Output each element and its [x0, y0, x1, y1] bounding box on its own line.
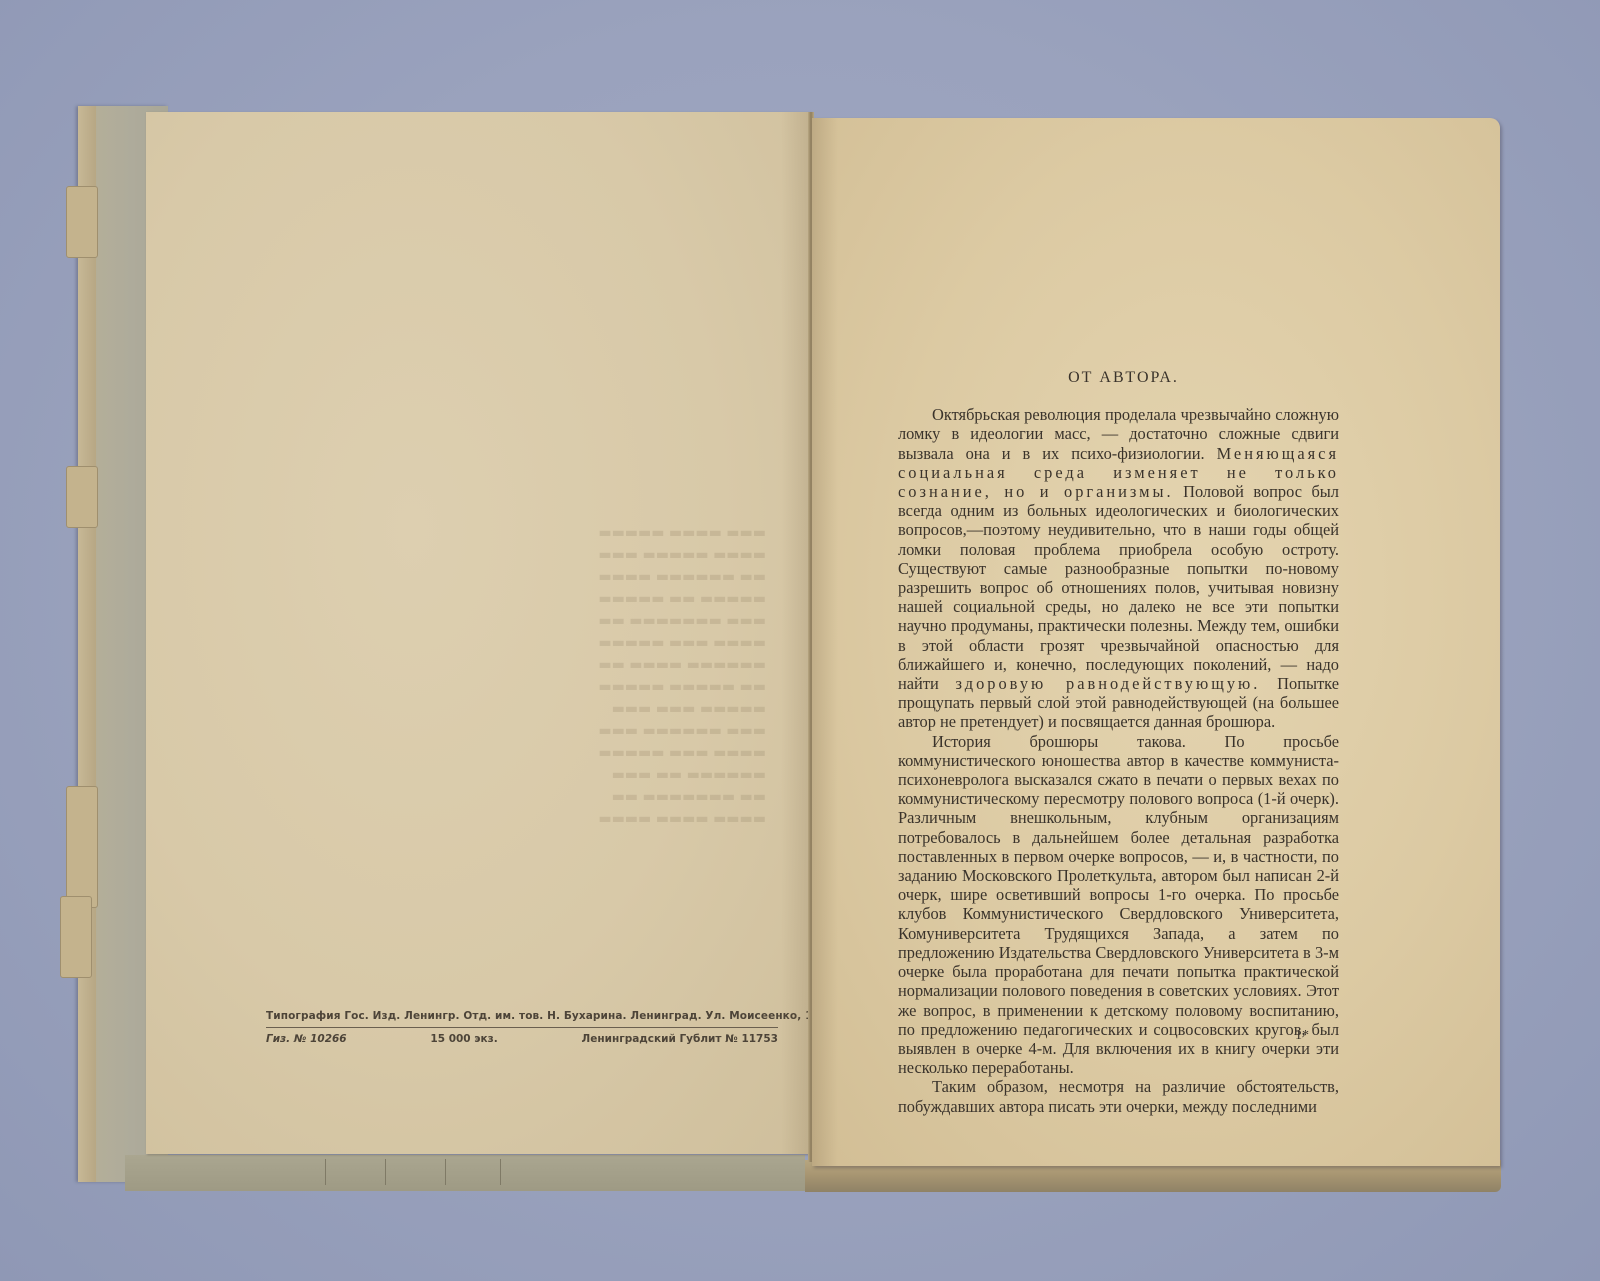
paragraph-3: Таким образом, несмотря на различие обст…: [898, 1077, 1339, 1115]
cover-crease: [385, 1159, 386, 1185]
cover-tear: [60, 896, 92, 978]
imprint-print-run: 15 000 экз.: [430, 1033, 497, 1045]
paragraph-text: Половой вопрос был всегда одним из больн…: [898, 482, 1339, 693]
cover-crease: [325, 1159, 326, 1185]
cover-crease: [445, 1159, 446, 1185]
cover-tear: [66, 466, 98, 528]
imprint-giz-number: Гиз. № 10266: [266, 1033, 347, 1045]
paragraph-2: История брошюры такова. По просьбе комму…: [898, 732, 1339, 1078]
cover-tear: [66, 186, 98, 258]
left-page: ▬▬▬ ▬▬▬▬ ▬▬▬▬▬▬▬▬▬ ▬▬▬▬▬ ▬▬▬▬▬ ▬▬▬▬▬▬ ▬▬…: [146, 112, 811, 1154]
preface-text: ОТ АВТОРА. Октябрьская революция продела…: [898, 368, 1339, 1116]
emphasized-text: здоровую равнодействующую.: [956, 674, 1261, 693]
cover-tear: [66, 786, 98, 908]
cover-spine-fold: [78, 106, 96, 1182]
imprint-details: Гиз. № 10266 15 000 экз. Ленинградский Г…: [266, 1028, 778, 1045]
imprint-censor: Ленинградский Гублит № 11753: [582, 1033, 778, 1045]
printer-imprint: Типография Гос. Изд. Ленингр. Отд. им. т…: [266, 1010, 778, 1045]
book-cover-bottom-edge: [125, 1155, 805, 1191]
paragraph-1: Октябрьская революция проделала чрезвыча…: [898, 405, 1339, 731]
right-page: ОТ АВТОРА. Октябрьская революция продела…: [812, 118, 1500, 1166]
cover-crease: [500, 1159, 501, 1185]
imprint-printer-line: Типография Гос. Изд. Ленингр. Отд. им. т…: [266, 1010, 778, 1028]
page-number: 1*: [1295, 1028, 1309, 1044]
bleed-through-text: ▬▬▬ ▬▬▬▬ ▬▬▬▬▬▬▬▬▬ ▬▬▬▬▬ ▬▬▬▬▬ ▬▬▬▬▬▬ ▬▬…: [566, 522, 766, 830]
preface-heading: ОТ АВТОРА.: [898, 368, 1339, 387]
